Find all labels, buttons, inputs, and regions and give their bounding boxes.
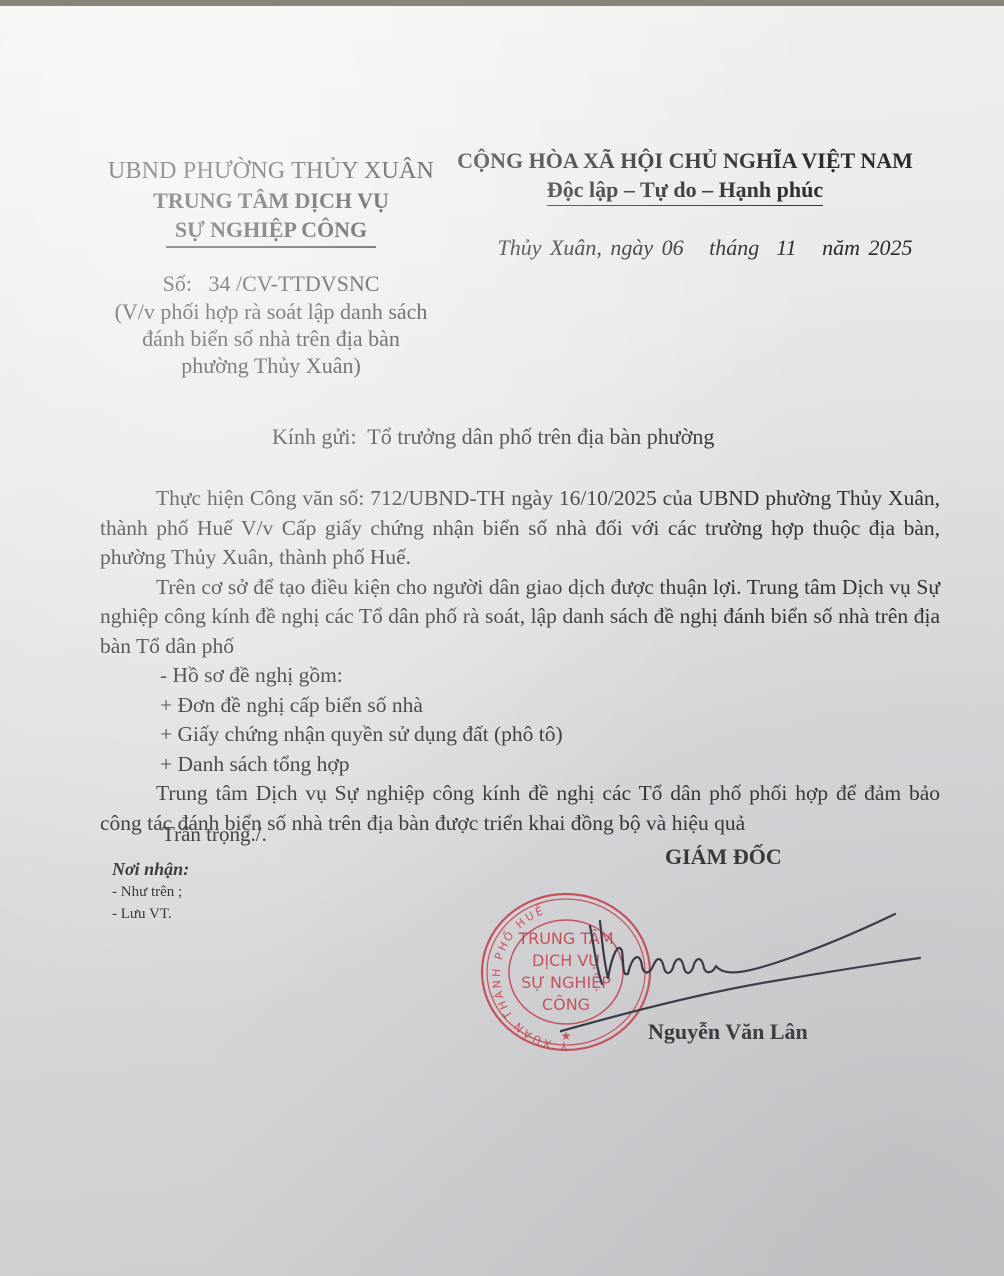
list-item: + Giấy chứng nhận quyền sử dụng đất (phô… (100, 720, 940, 750)
list-item: + Danh sách tổng hợp (100, 750, 940, 780)
org-name-line2: SỰ NGHIỆP CÔNG (90, 215, 452, 244)
subject-line: phường Thủy Xuân) (90, 352, 452, 379)
parent-org: UBND PHƯỜNG THỦY XUÂN (90, 156, 452, 186)
header-divider (166, 246, 376, 248)
issuer-header: UBND PHƯỜNG THỦY XUÂN TRUNG TÂM DỊCH VỤ … (90, 156, 452, 379)
svg-text:U.B.N.D PHƯỜNG THỦY XUÂN THÀNH: U.B.N.D PHƯỜNG THỦY XUÂN THÀNH PHỐ HUẾ (478, 890, 569, 1052)
document-page: UBND PHƯỜNG THỦY XUÂN TRUNG TÂM DỊCH VỤ … (0, 6, 1004, 1276)
subject-line: (V/v phối hợp rà soát lập danh sách (90, 298, 452, 325)
recipients-item: - Như trên ; (112, 884, 182, 901)
national-header: CỘNG HÒA XÃ HỘI CHỦ NGHĨA VIỆT NAM Độc l… (450, 146, 920, 262)
list-item: + Đơn đề nghị cấp biển số nhà (100, 691, 940, 721)
list-heading: - Hồ sơ đề nghị gồm: (100, 661, 940, 691)
org-name-line1: TRUNG TÂM DỊCH VỤ (90, 186, 452, 215)
document-number: Số: 34 /CV-TTDVSNC (90, 270, 452, 298)
stamp-ring-text: U.B.N.D PHƯỜNG THỦY XUÂN THÀNH PHỐ HUẾ (478, 890, 569, 1052)
national-motto: Độc lập – Tự do – Hạnh phúc (547, 176, 823, 206)
subject-line: đánh biển số nhà trên địa bàn (90, 325, 452, 352)
body-paragraph: Trên cơ sở để tạo điều kiện cho người dâ… (100, 573, 940, 662)
place-date: Thủy Xuân, ngày 06 tháng 11 năm 2025 (450, 234, 920, 262)
recipients-title: Nơi nhận: (112, 859, 189, 880)
document-body: Thực hiện Công văn số: 712/UBND-TH ngày … (100, 484, 940, 838)
signer-name: Nguyễn Văn Lân (648, 1019, 808, 1045)
closing-text: Trân trọng./. (162, 822, 267, 847)
recipient-line: Kính gửi: Tổ trưởng dân phố trên địa bàn… (272, 424, 714, 450)
signer-title: GIÁM ĐỐC (665, 844, 782, 870)
recipients-item: - Lưu VT. (112, 906, 172, 923)
nation-name: CỘNG HÒA XÃ HỘI CHỦ NGHĨA VIỆT NAM (450, 146, 920, 176)
body-paragraph: Thực hiện Công văn số: 712/UBND-TH ngày … (100, 484, 940, 573)
